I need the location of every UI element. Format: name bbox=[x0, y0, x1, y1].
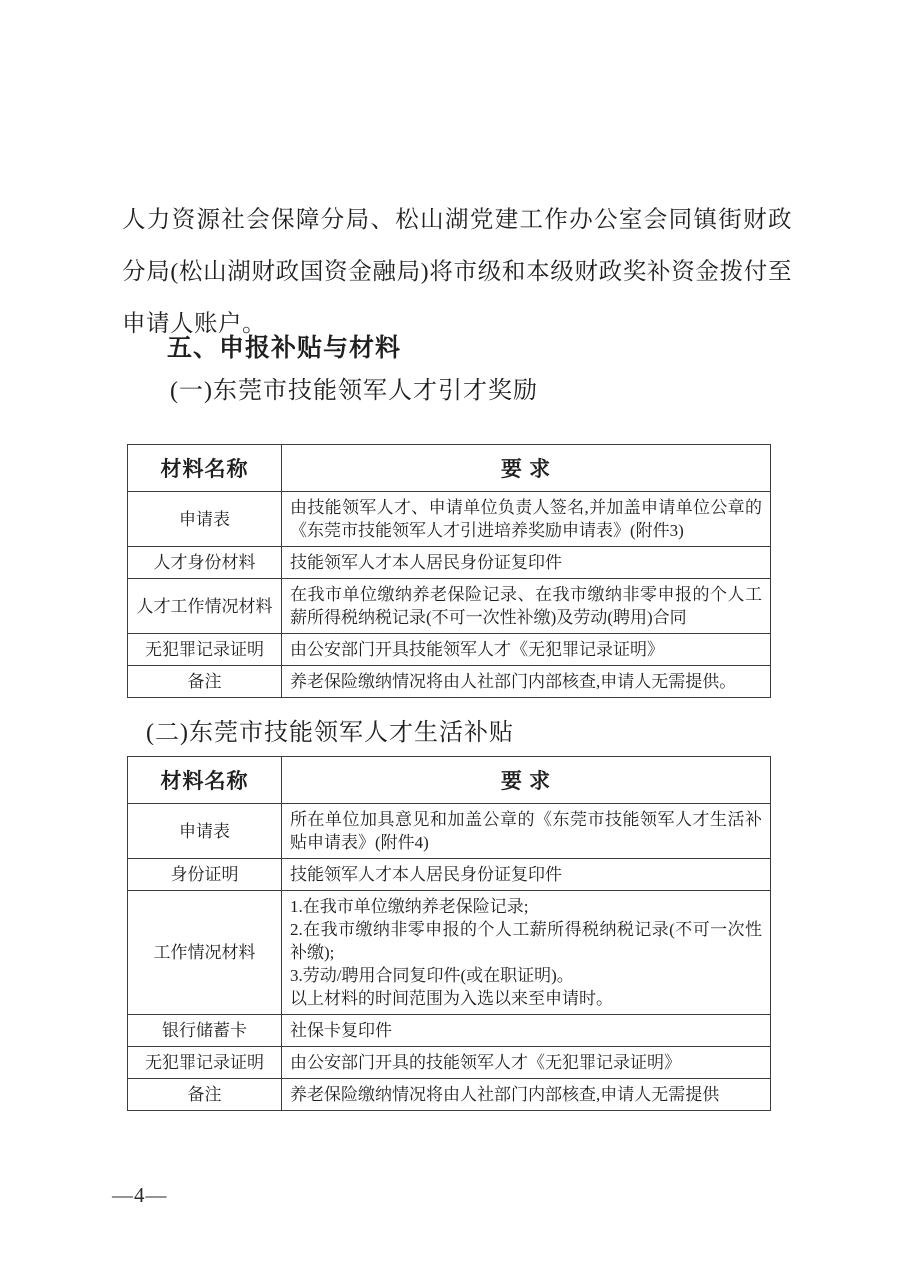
material-name: 申请表 bbox=[128, 492, 282, 547]
body-paragraph: 人力资源社会保障分局、松山湖党建工作办公室会同镇街财政分局(松山湖财政国资金融局… bbox=[122, 194, 792, 350]
material-requirement: 养老保险缴纳情况将由人社部门内部核查,申请人无需提供。 bbox=[282, 666, 771, 698]
page-number: —4— bbox=[112, 1183, 168, 1208]
material-name: 备注 bbox=[128, 666, 282, 698]
material-requirement: 由技能领军人才、申请单位负责人签名,并加盖申请单位公章的《东莞市技能领军人才引进… bbox=[282, 492, 771, 547]
document-page: 人力资源社会保障分局、松山湖党建工作办公室会同镇街财政分局(松山湖财政国资金融局… bbox=[0, 0, 900, 1273]
subsection-title-2: (二)东莞市技能领军人才生活补贴 bbox=[146, 712, 514, 747]
material-name: 申请表 bbox=[128, 804, 282, 859]
material-name: 无犯罪记录证明 bbox=[128, 634, 282, 666]
material-name: 工作情况材料 bbox=[128, 891, 282, 1015]
table-row: 申请表 所在单位加具意见和加盖公章的《东莞市技能领军人才生活补贴申请表》(附件4… bbox=[128, 804, 771, 859]
material-name: 备注 bbox=[128, 1079, 282, 1111]
material-requirement: 社保卡复印件 bbox=[282, 1015, 771, 1047]
column-header-material: 材料名称 bbox=[128, 445, 282, 492]
material-requirement: 技能领军人才本人居民身份证复印件 bbox=[282, 547, 771, 579]
table-row: 银行储蓄卡 社保卡复印件 bbox=[128, 1015, 771, 1047]
materials-table-reward: 材料名称 要 求 申请表 由技能领军人才、申请单位负责人签名,并加盖申请单位公章… bbox=[127, 444, 771, 698]
subsection-title-1: (一)东莞市技能领军人才引才奖励 bbox=[170, 370, 538, 405]
materials-table-subsidy: 材料名称 要 求 申请表 所在单位加具意见和加盖公章的《东莞市技能领军人才生活补… bbox=[127, 756, 771, 1111]
column-header-requirement: 要 求 bbox=[282, 445, 771, 492]
table-row: 身份证明 技能领军人才本人居民身份证复印件 bbox=[128, 859, 771, 891]
material-name: 身份证明 bbox=[128, 859, 282, 891]
material-name: 银行储蓄卡 bbox=[128, 1015, 282, 1047]
table-row: 申请表 由技能领军人才、申请单位负责人签名,并加盖申请单位公章的《东莞市技能领军… bbox=[128, 492, 771, 547]
material-requirement: 1.在我市单位缴纳养老保险记录; 2.在我市缴纳非零申报的个人工薪所得税纳税记录… bbox=[282, 891, 771, 1015]
table-row: 无犯罪记录证明 由公安部门开具的技能领军人才《无犯罪记录证明》 bbox=[128, 1047, 771, 1079]
material-requirement: 养老保险缴纳情况将由人社部门内部核查,申请人无需提供 bbox=[282, 1079, 771, 1111]
material-name: 人才身份材料 bbox=[128, 547, 282, 579]
table-header-row: 材料名称 要 求 bbox=[128, 445, 771, 492]
table-row: 备注 养老保险缴纳情况将由人社部门内部核查,申请人无需提供。 bbox=[128, 666, 771, 698]
table-row: 工作情况材料 1.在我市单位缴纳养老保险记录; 2.在我市缴纳非零申报的个人工薪… bbox=[128, 891, 771, 1015]
table-row: 无犯罪记录证明 由公安部门开具技能领军人才《无犯罪记录证明》 bbox=[128, 634, 771, 666]
material-requirement: 所在单位加具意见和加盖公章的《东莞市技能领军人才生活补贴申请表》(附件4) bbox=[282, 804, 771, 859]
table-row: 人才身份材料 技能领军人才本人居民身份证复印件 bbox=[128, 547, 771, 579]
table-header-row: 材料名称 要 求 bbox=[128, 757, 771, 804]
material-requirement: 由公安部门开具的技能领军人才《无犯罪记录证明》 bbox=[282, 1047, 771, 1079]
material-name: 无犯罪记录证明 bbox=[128, 1047, 282, 1079]
material-requirement: 技能领军人才本人居民身份证复印件 bbox=[282, 859, 771, 891]
material-requirement: 在我市单位缴纳养老保险记录、在我市缴纳非零申报的个人工薪所得税纳税记录(不可一次… bbox=[282, 579, 771, 634]
section-heading: 五、申报补贴与材料 bbox=[167, 328, 401, 364]
table-row: 备注 养老保险缴纳情况将由人社部门内部核查,申请人无需提供 bbox=[128, 1079, 771, 1111]
material-requirement: 由公安部门开具技能领军人才《无犯罪记录证明》 bbox=[282, 634, 771, 666]
column-header-requirement: 要 求 bbox=[282, 757, 771, 804]
table-row: 人才工作情况材料 在我市单位缴纳养老保险记录、在我市缴纳非零申报的个人工薪所得税… bbox=[128, 579, 771, 634]
column-header-material: 材料名称 bbox=[128, 757, 282, 804]
material-name: 人才工作情况材料 bbox=[128, 579, 282, 634]
